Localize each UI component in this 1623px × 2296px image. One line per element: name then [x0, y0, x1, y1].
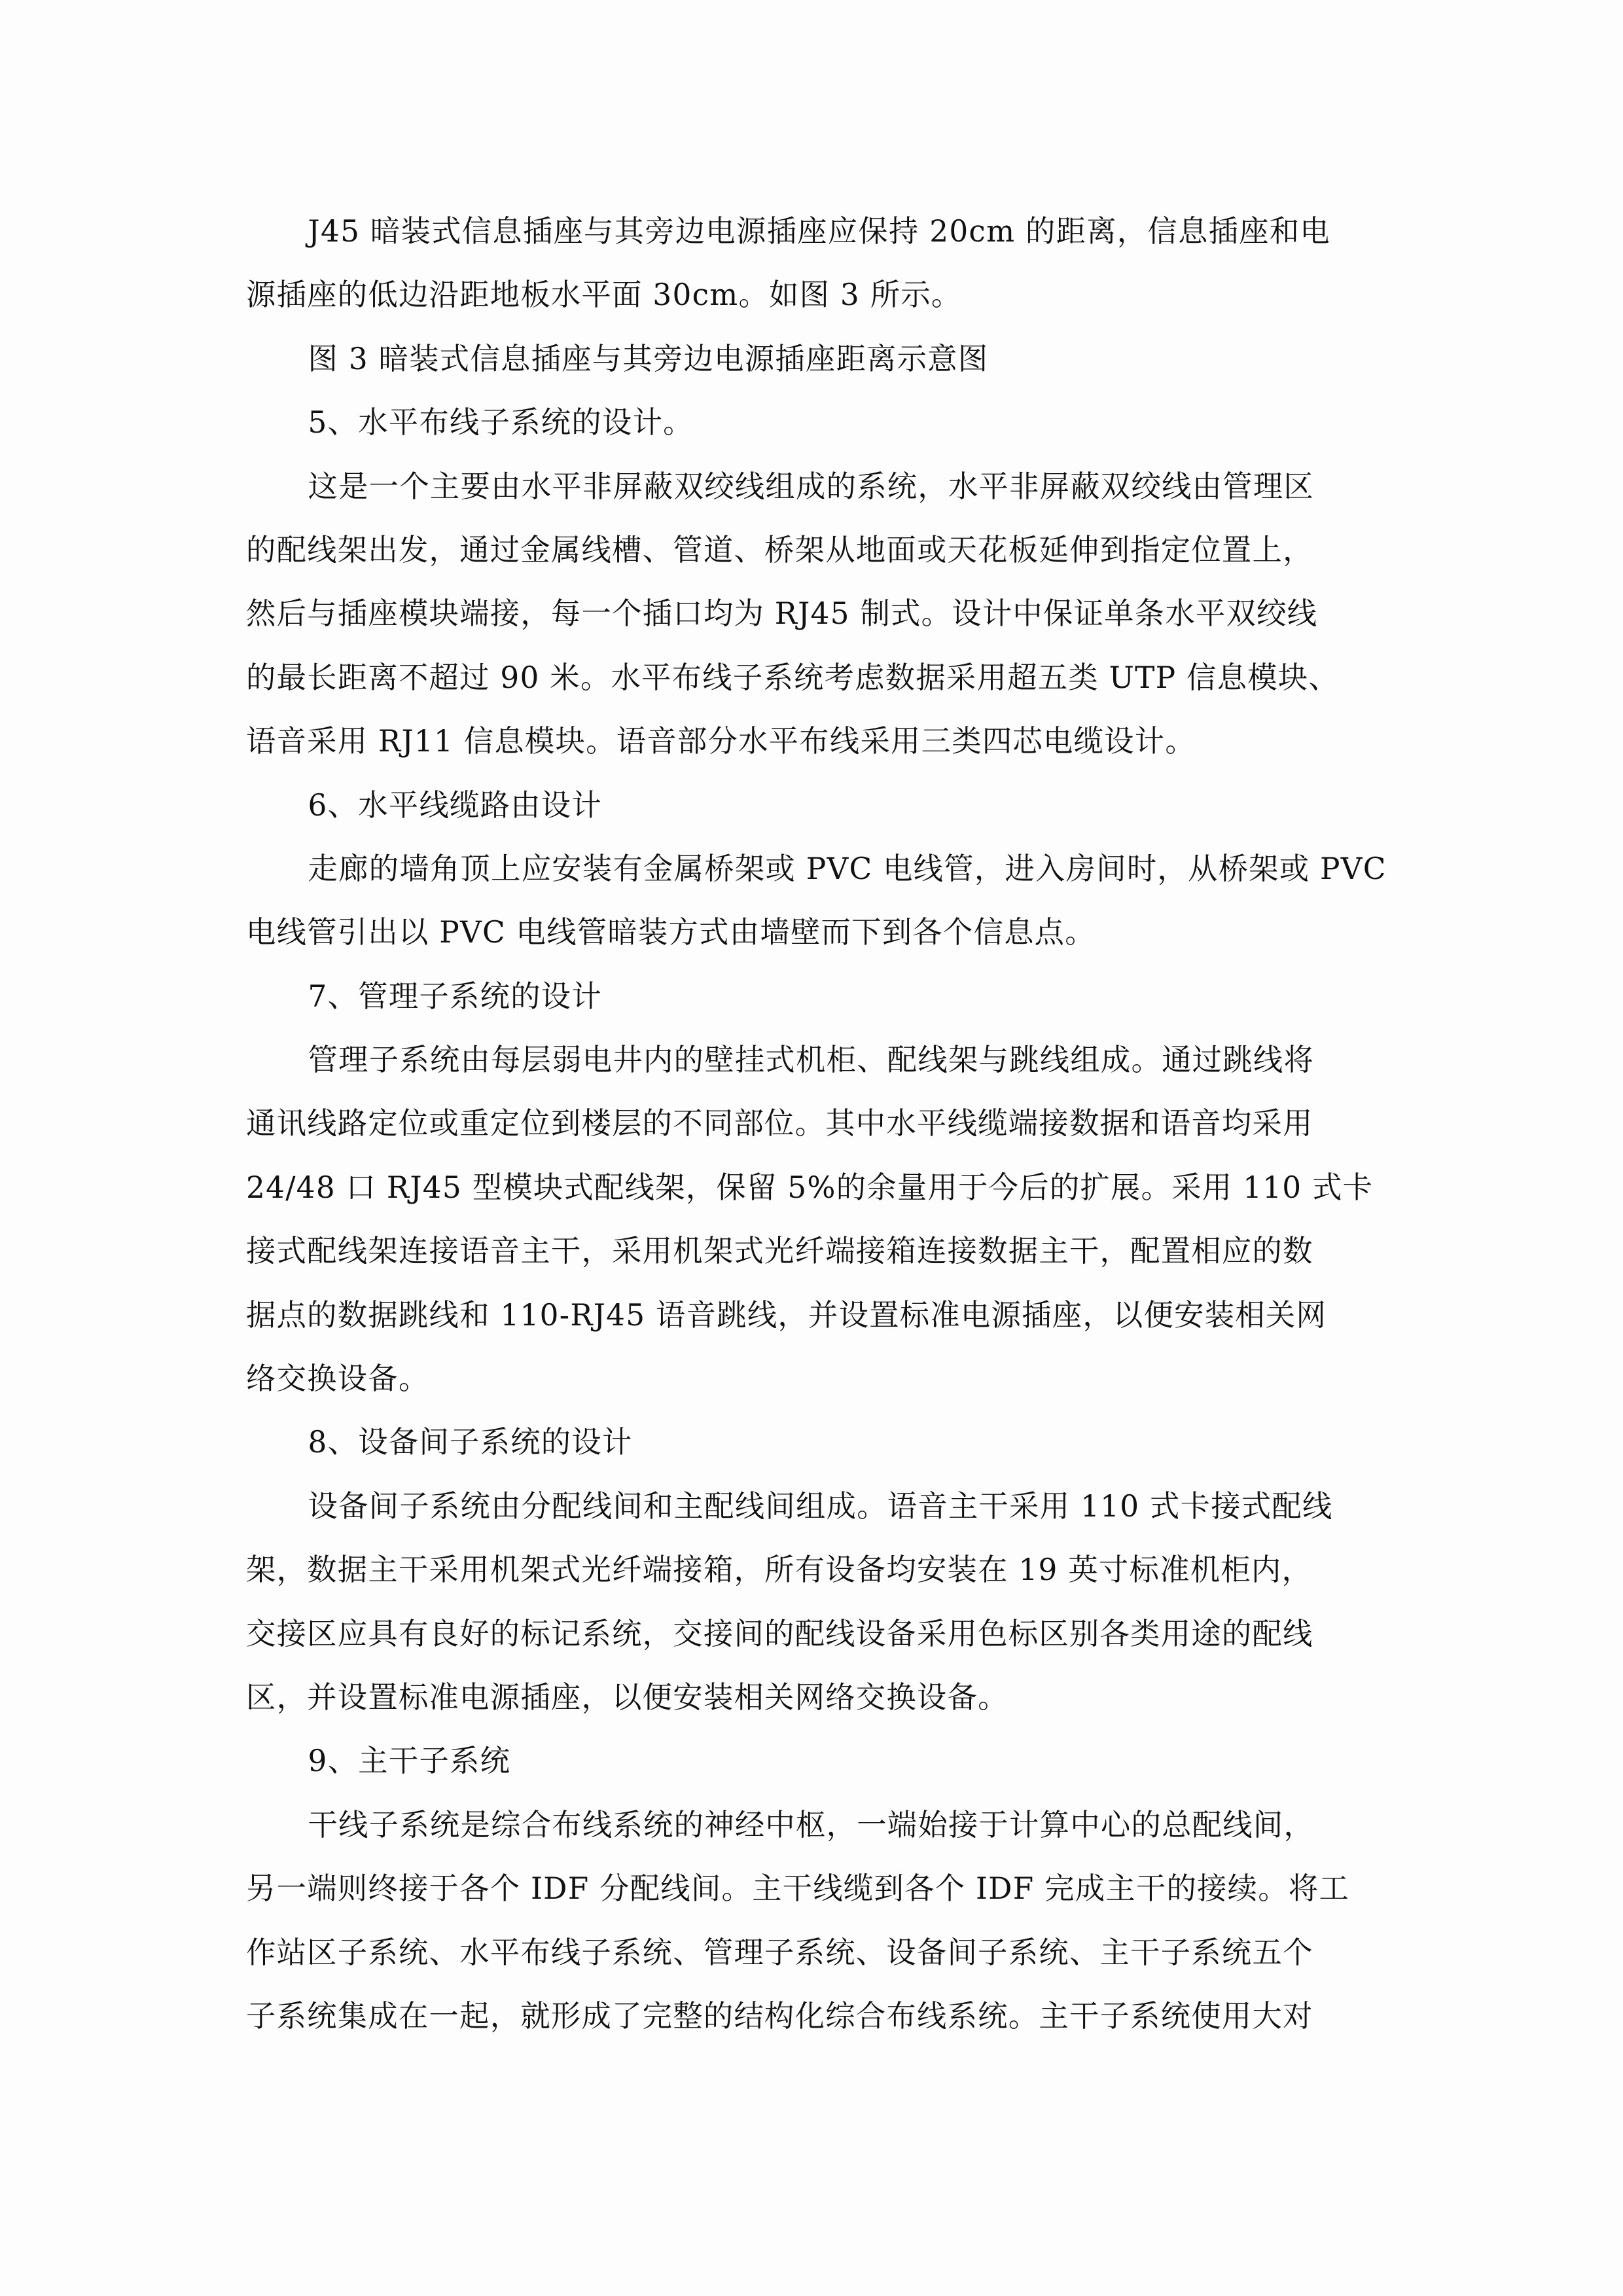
body-text-line: 走廊的墙角顶上应安装有金属桥架或 PVC 电线管，进入房间时，从桥架或 PVC	[246, 846, 1361, 909]
body-text-line: 作站区子系统、水平布线子系统、管理子系统、设备间子系统、主干子系统五个	[246, 1929, 1361, 1993]
section-heading: 8、设备间子系统的设计	[246, 1419, 1361, 1482]
body-text-line: J45 暗装式信息插座与其旁边电源插座应保持 20cm 的距离，信息插座和电	[246, 208, 1361, 272]
figure-caption: 图 3 暗装式信息插座与其旁边电源插座距离示意图	[246, 336, 1361, 399]
document-page: J45 暗装式信息插座与其旁边电源插座应保持 20cm 的距离，信息插座和电 源…	[0, 0, 1623, 2296]
document-body: J45 暗装式信息插座与其旁边电源插座应保持 20cm 的距离，信息插座和电 源…	[246, 208, 1378, 2056]
body-text-line: 另一端则终接于各个 IDF 分配线间。主干线缆到各个 IDF 完成主干的接续。将…	[246, 1865, 1361, 1929]
body-text-line: 据点的数据跳线和 110-RJ45 语音跳线，并设置标准电源插座，以便安装相关网	[246, 1292, 1361, 1355]
body-text-line: 通讯线路定位或重定位到楼层的不同部位。其中水平线缆端接数据和语音均采用	[246, 1100, 1361, 1164]
body-text-line: 交接区应具有良好的标记系统，交接间的配线设备采用色标区别各类用途的配线	[246, 1611, 1361, 1674]
body-text-line: 管理子系统由每层弱电井内的壁挂式机柜、配线架与跳线组成。通过跳线将	[246, 1037, 1361, 1100]
body-text-line: 源插座的低边沿距地板水平面 30cm。如图 3 所示。	[246, 272, 1361, 335]
body-text-line: 的最长距离不超过 90 米。水平布线子系统考虑数据采用超五类 UTP 信息模块、	[246, 655, 1361, 718]
body-text-line: 络交换设备。	[246, 1355, 1361, 1419]
body-text-line: 然后与插座模块端接，每一个插口均为 RJ45 制式。设计中保证单条水平双绞线	[246, 590, 1361, 654]
body-text-line: 语音采用 RJ11 信息模块。语音部分水平布线采用三类四芯电缆设计。	[246, 718, 1361, 781]
section-heading: 6、水平线缆路由设计	[246, 782, 1361, 846]
body-text-line: 24/48 口 RJ45 型模块式配线架，保留 5%的余量用于今后的扩展。采用 …	[246, 1164, 1361, 1228]
body-text-line: 干线子系统是综合布线系统的神经中枢，一端始接于计算中心的总配线间，	[246, 1802, 1361, 1865]
body-text-line: 电线管引出以 PVC 电线管暗装方式由墙壁而下到各个信息点。	[246, 909, 1361, 973]
body-text-line: 这是一个主要由水平非屏蔽双绞线组成的系统，水平非屏蔽双绞线由管理区	[246, 463, 1361, 527]
body-text-line: 的配线架出发，通过金属线槽、管道、桥架从地面或天花板延伸到指定位置上，	[246, 527, 1361, 590]
body-text-line: 接式配线架连接语音主干，采用机架式光纤端接箱连接数据主干，配置相应的数	[246, 1228, 1361, 1291]
body-text-line: 子系统集成在一起，就形成了完整的结构化综合布线系统。主干子系统使用大对	[246, 1993, 1361, 2056]
section-heading: 5、水平布线子系统的设计。	[246, 399, 1361, 463]
body-text-line: 架，数据主干采用机架式光纤端接箱，所有设备均安装在 19 英寸标准机柜内，	[246, 1547, 1361, 1610]
section-heading: 9、主干子系统	[246, 1738, 1361, 1801]
body-text-line: 设备间子系统由分配线间和主配线间组成。语音主干采用 110 式卡接式配线	[246, 1483, 1361, 1547]
section-heading: 7、管理子系统的设计	[246, 973, 1361, 1037]
body-text-line: 区，并设置标准电源插座，以便安装相关网络交换设备。	[246, 1674, 1361, 1738]
